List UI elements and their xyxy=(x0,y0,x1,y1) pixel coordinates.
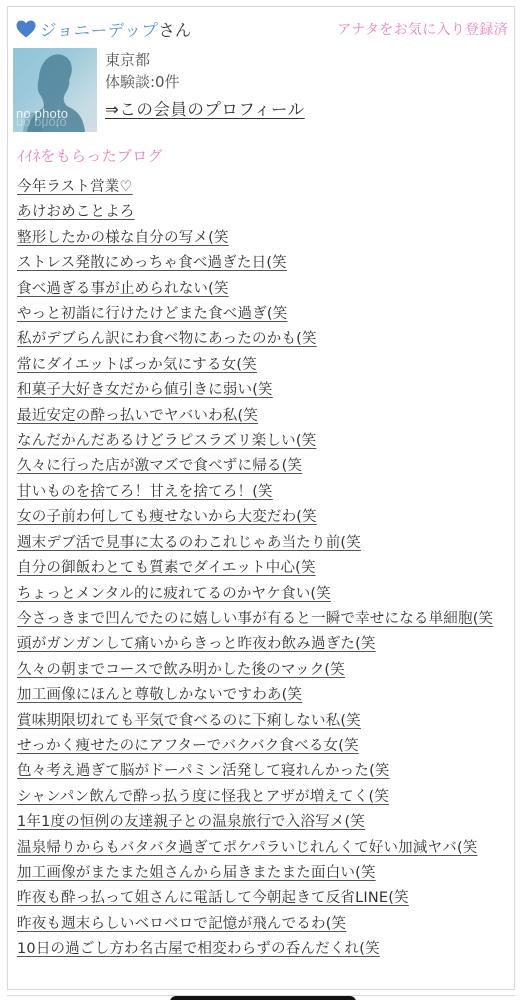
blog-link[interactable]: せっかく痩せたのにアフターでバクバク食べる女(笑 xyxy=(17,738,359,754)
list-item: 女の子前わ何しても痩せないから大変だわ(笑 xyxy=(17,505,506,530)
list-item: 加工画像がまたまた姐さんから届きまたまた面白い(笑 xyxy=(17,861,506,886)
profile-link[interactable]: ⇒この会員のプロフィール xyxy=(105,99,305,121)
list-item: 今さっきまで凹んでたのに嬉しい事が有ると一瞬で幸せになる単細胞(笑 xyxy=(17,607,506,632)
favorite-status: アナタをお気に入り登録済 xyxy=(337,19,508,39)
list-item: 昨夜も酔っ払って姐さんに電話して今朝起きて反省LINE(笑 xyxy=(17,886,506,911)
list-item: 昨夜も週末らしいベロベロで記憶が飛んでるわ(笑 xyxy=(17,912,506,937)
list-item: やっと初詣に行けたけどまた食べ過ぎ(笑 xyxy=(17,302,506,327)
blog-link[interactable]: 1年1度の恒例の友達親子との温泉旅行で入浴写メ(笑 xyxy=(17,814,365,830)
list-item: あけおめことよろ xyxy=(17,200,506,225)
list-item: 色々考え過ぎて脳がドーパミン活発して寝れんかった(笑 xyxy=(17,759,506,784)
experience-count: 体験談:0件 xyxy=(105,71,305,93)
blog-link[interactable]: 頭がガンガンして痛いからきっと昨夜わ飲み過ぎた(笑 xyxy=(17,636,376,652)
blog-section-title: ｲｲﾈをもらったブログ xyxy=(17,145,163,166)
list-item: 甘いものを捨てろ！甘えを捨てろ！(笑 xyxy=(17,480,506,505)
blog-link[interactable]: 自分の御飯わとても質素でダイエット中心(笑 xyxy=(17,560,316,576)
home-indicator xyxy=(170,996,356,1000)
blog-link[interactable]: ちょっとメンタル的に疲れてるのかヤケ食い(笑 xyxy=(17,586,331,602)
profile-section: no photo no photo 東京都 体験談:0件 ⇒この会員のプロフィー… xyxy=(13,48,508,140)
blog-link[interactable]: ストレス発散にめっちゃ食べ過ぎた日(笑 xyxy=(17,255,287,271)
list-item: 今年ラスト営業♡ xyxy=(17,175,506,200)
list-item: 和菓子大好き女だから値引きに弱い(笑 xyxy=(17,378,506,403)
list-item: 週末デブ活で見事に太るのわこれじゃあ当たり前(笑 xyxy=(17,531,506,556)
blog-link[interactable]: 和菓子大好き女だから値引きに弱い(笑 xyxy=(17,382,273,398)
no-photo-reflection: no photo xyxy=(16,118,67,128)
list-item: 10日の過ごし方わ名古屋で相変わらずの呑んだくれ(笑 xyxy=(17,937,506,962)
list-item: ちょっとメンタル的に疲れてるのかヤケ食い(笑 xyxy=(17,582,506,607)
blog-link[interactable]: 最近安定の酔っ払いでヤバいわ私(笑 xyxy=(17,408,258,424)
blog-link[interactable]: 久々に行った店が激マズで食べずに帰る(笑 xyxy=(17,458,302,474)
blog-link[interactable]: 整形したかの様な自分の写メ(笑 xyxy=(17,230,229,246)
location: 東京都 xyxy=(105,49,305,71)
list-item: 自分の御飯わとても質素でダイエット中心(笑 xyxy=(17,556,506,581)
list-item: 加工画像にほんと尊敬しかないですわあ(笑 xyxy=(17,683,506,708)
blog-link[interactable]: 今さっきまで凹んでたのに嬉しい事が有ると一瞬で幸せになる単細胞(笑 xyxy=(17,611,493,627)
blog-link[interactable]: 加工画像にほんと尊敬しかないですわあ(笑 xyxy=(17,687,302,703)
list-item: 私がデブらん訳にわ食べ物にあったのかも(笑 xyxy=(17,327,506,352)
list-item: 温泉帰りからもバタバタ過ぎてポケパラいじれんくて好い加減ヤバ(笑 xyxy=(17,836,506,861)
blog-link[interactable]: 甘いものを捨てろ！甘えを捨てろ！(笑 xyxy=(17,484,273,500)
blog-link[interactable]: 女の子前わ何しても痩せないから大変だわ(笑 xyxy=(17,509,317,525)
blog-link[interactable]: 常にダイエットばっか気にする女(笑 xyxy=(17,357,257,373)
blog-link[interactable]: 今年ラスト営業♡ xyxy=(17,179,133,195)
list-item: 1年1度の恒例の友達親子との温泉旅行で入浴写メ(笑 xyxy=(17,810,506,835)
list-item: 常にダイエットばっか気にする女(笑 xyxy=(17,353,506,378)
blog-link[interactable]: 週末デブ活で見事に太るのわこれじゃあ当たり前(笑 xyxy=(17,535,361,551)
blog-link[interactable]: あけおめことよろ xyxy=(17,204,135,220)
list-item: 食べ過ぎる事が止められない(笑 xyxy=(17,277,506,302)
blog-link[interactable]: 加工画像がまたまた姐さんから届きまたまた面白い(笑 xyxy=(17,865,376,881)
card-header: ジョニーデップ さん アナタをお気に入り登録済 xyxy=(16,15,508,43)
profile-info: 東京都 体験談:0件 ⇒この会員のプロフィール xyxy=(105,49,305,121)
list-item: ストレス発散にめっちゃ食べ過ぎた日(笑 xyxy=(17,251,506,276)
blog-link[interactable]: 私がデブらん訳にわ食べ物にあったのかも(笑 xyxy=(17,331,317,347)
heart-icon xyxy=(16,20,36,38)
blog-link[interactable]: シャンパン飲んで酔っ払う度に怪我とアザが増えてく(笑 xyxy=(17,789,389,805)
honorific: さん xyxy=(158,17,191,41)
blog-link[interactable]: 昨夜も酔っ払って姐さんに電話して今朝起きて反省LINE(笑 xyxy=(17,890,409,906)
list-item: 久々に行った店が激マズで食べずに帰る(笑 xyxy=(17,454,506,479)
blog-link[interactable]: なんだかんだあるけどラピスラズリ楽しい(笑 xyxy=(17,433,316,449)
list-item: 最近安定の酔っ払いでヤバいわ私(笑 xyxy=(17,404,506,429)
blog-list: 今年ラスト営業♡ あけおめことよろ 整形したかの様な自分の写メ(笑 ストレス発散… xyxy=(17,175,506,963)
blog-link[interactable]: 食べ過ぎる事が止められない(笑 xyxy=(17,281,229,297)
list-item: 頭がガンガンして痛いからきっと昨夜わ飲み過ぎた(笑 xyxy=(17,632,506,657)
list-item: 久々の朝までコースで飲み明かした後のマック(笑 xyxy=(17,658,506,683)
blog-link[interactable]: やっと初詣に行けたけどまた食べ過ぎ(笑 xyxy=(17,306,287,322)
list-item: 整形したかの様な自分の写メ(笑 xyxy=(17,226,506,251)
blog-link[interactable]: 10日の過ごし方わ名古屋で相変わらずの呑んだくれ(笑 xyxy=(17,941,380,957)
blog-link[interactable]: 久々の朝までコースで飲み明かした後のマック(笑 xyxy=(17,662,345,678)
list-item: シャンパン飲んで酔っ払う度に怪我とアザが増えてく(笑 xyxy=(17,785,506,810)
list-item: なんだかんだあるけどラピスラズリ楽しい(笑 xyxy=(17,429,506,454)
user-name: ジョニーデップ xyxy=(40,17,158,41)
blog-link[interactable]: 温泉帰りからもバタバタ過ぎてポケパラいじれんくて好い加減ヤバ(笑 xyxy=(17,840,478,856)
blog-link[interactable]: 昨夜も週末らしいベロベロで記憶が飛んでるわ(笑 xyxy=(17,916,346,932)
list-item: せっかく痩せたのにアフターでバクバク食べる女(笑 xyxy=(17,734,506,759)
list-item: 賞味期限切れても平気で食べるのに下痢しない私(笑 xyxy=(17,709,506,734)
blog-link[interactable]: 賞味期限切れても平気で食べるのに下痢しない私(笑 xyxy=(17,713,361,729)
avatar[interactable]: no photo no photo xyxy=(13,48,97,132)
blog-link[interactable]: 色々考え過ぎて脳がドーパミン活発して寝れんかった(笑 xyxy=(17,763,390,779)
user-name-wrap: ジョニーデップ さん xyxy=(16,17,191,41)
member-card: ジョニーデップ さん アナタをお気に入り登録済 no photo no phot… xyxy=(7,6,515,990)
